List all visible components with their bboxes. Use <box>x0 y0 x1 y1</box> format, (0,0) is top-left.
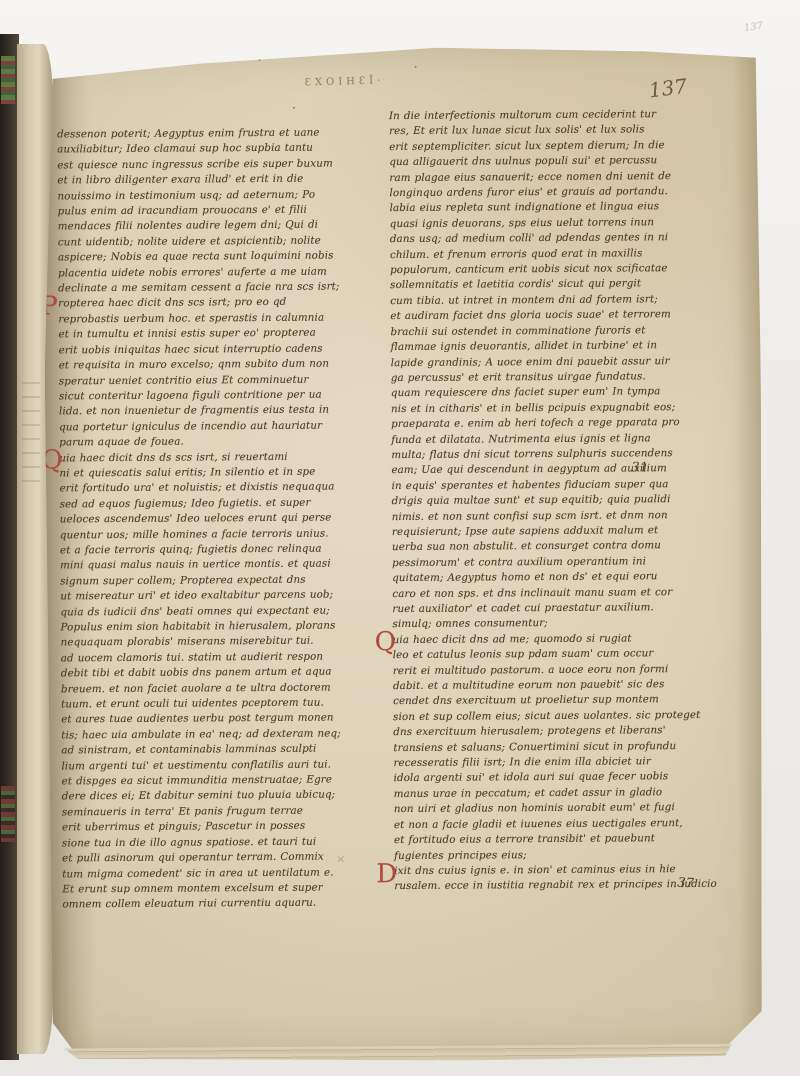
manuscript-text-line: populorum, canticum erit uobis sicut nox… <box>390 261 692 279</box>
folio-number: 137 <box>647 74 688 103</box>
manuscript-text-line: flammae ignis deuorantis, allidet in tur… <box>391 338 693 356</box>
manuscript-text-line: Populus enim sion habitabit in hierusale… <box>60 618 362 636</box>
dust-speck <box>259 59 261 61</box>
manuscript-page: ƐΧΟΙΗƐĪ· 137 dessenon poterit; Aegyptus … <box>42 42 765 1059</box>
manuscript-text-line: mini quasi malus nauis in uertice montis… <box>60 557 362 575</box>
manuscript-text-line: dere dices ei; Et dabitur semini tuo plu… <box>62 788 364 806</box>
endband-bottom <box>1 786 15 842</box>
manuscript-text-line: dans usq; ad medium colli' ad pdendas ge… <box>390 230 692 248</box>
manuscript-text-line: dessenon poterit; Aegyptus enim frustra … <box>57 125 359 143</box>
manuscript-text-line: et requisita in muro excelso; qnm subito… <box>59 356 361 374</box>
manuscript-text-line: debit tibi et dabit uobis dns panem artu… <box>61 665 363 683</box>
endband-top <box>1 56 15 104</box>
manuscript-text-line: non uiri et gladius non hominis uorabit … <box>394 800 696 818</box>
chapter-number-32: 37 <box>677 876 694 892</box>
manuscript-text-line: nouissimo in testimonium usq; ad aeternu… <box>57 187 359 205</box>
manuscript-text-line: erit fortitudo ura' et noluistis; et dix… <box>60 480 362 498</box>
manuscript-text-line: qua portetur igniculus de incendio aut h… <box>59 418 361 436</box>
manuscript-text-line: dns exercituum hierusalem; protegens et … <box>393 723 695 741</box>
manuscript-text-line: praeparata e. enim ab heri tofech a rege… <box>391 415 693 433</box>
manuscript-text-line: ut misereatur uri' et ideo exaltabitur p… <box>60 587 362 605</box>
manuscript-text-line: eam; Uae qui descendunt in aegyptum ad a… <box>391 461 693 479</box>
manuscript-text-line: et audiram faciet dns gloria uocis suae'… <box>390 307 692 325</box>
dust-speck <box>415 66 417 68</box>
manuscript-text-line: quam requiescere dns faciet super eum' I… <box>391 384 693 402</box>
photograph-backdrop: ƐΧΟΙΗƐĪ· 137 dessenon poterit; Aegyptus … <box>0 0 800 1076</box>
manuscript-text-line: drigis quia multae sunt' et sup equitib;… <box>392 492 694 510</box>
ink-showthrough <box>22 382 40 492</box>
manuscript-text-line: tis; haec uia ambulate in ea' neq; ad de… <box>61 726 363 744</box>
manuscript-text-line: qua alligauerit dns uulnus populi sui' e… <box>389 153 691 171</box>
ghost-folio-number: 137 <box>743 21 763 35</box>
dust-speck <box>463 114 465 116</box>
manuscript-text-line: est quiesce nunc ingressus scribe eis su… <box>57 156 359 174</box>
manuscript-text-line: quitatem; Aegyptus homo et non ds' et eq… <box>392 569 694 587</box>
text-column-right: 31 37 In die interfectionis multorum cum… <box>389 107 696 895</box>
manuscript-text-line: Et erunt sup omnem montem excelsum et su… <box>62 880 364 898</box>
manuscript-text-line: rusalem. ecce in iustitia regnabit rex e… <box>394 877 696 895</box>
rubric-initial: Q <box>375 629 393 655</box>
manuscript-text-line: ueloces ascendemus' Ideo ueloces erunt q… <box>60 510 362 528</box>
manuscript-text-line: et fortitudo eius a terrore transibit' e… <box>394 831 696 849</box>
manuscript-text-line: ruet auxiliator' et cadet cui praestatur… <box>392 600 694 618</box>
manuscript-text-line: lapide grandinis; A uoce enim dni pauebi… <box>391 353 693 371</box>
dust-speck <box>293 107 295 109</box>
margin-cross-mark: × <box>336 852 345 865</box>
rubric-initial: D <box>376 861 394 887</box>
chapter-number-31: 31 <box>631 460 648 475</box>
manuscript-text-line: omnem collem eleuatum riui currentiu aqu… <box>62 896 364 914</box>
text-column-left: dessenon poterit; Aegyptus enim frustra … <box>57 125 364 913</box>
manuscript-text-line: declinate a me semitam cessent a facie n… <box>58 279 360 297</box>
manuscript-text-line: In die interfectionis multorum cum cecid… <box>389 107 691 125</box>
manuscript-text-line: lida. et non inuenietur de fragmentis ei… <box>59 403 361 421</box>
manuscript-text-line: leo et catulus leonis sup pdam suam' cum… <box>393 646 695 664</box>
manuscript-text-line: et in tumultu et innisi estis super eo' … <box>58 326 360 344</box>
manuscript-text-line: aspicere; Nobis ea quae recta sunt loqui… <box>58 249 360 267</box>
manuscript-text-line: uerba sua non abstulit. et consurget con… <box>392 538 694 556</box>
manuscript-text-line: et pulli asinorum qui operantur terram. … <box>62 849 364 867</box>
running-title: ƐΧΟΙΗƐĪ· <box>305 75 385 88</box>
